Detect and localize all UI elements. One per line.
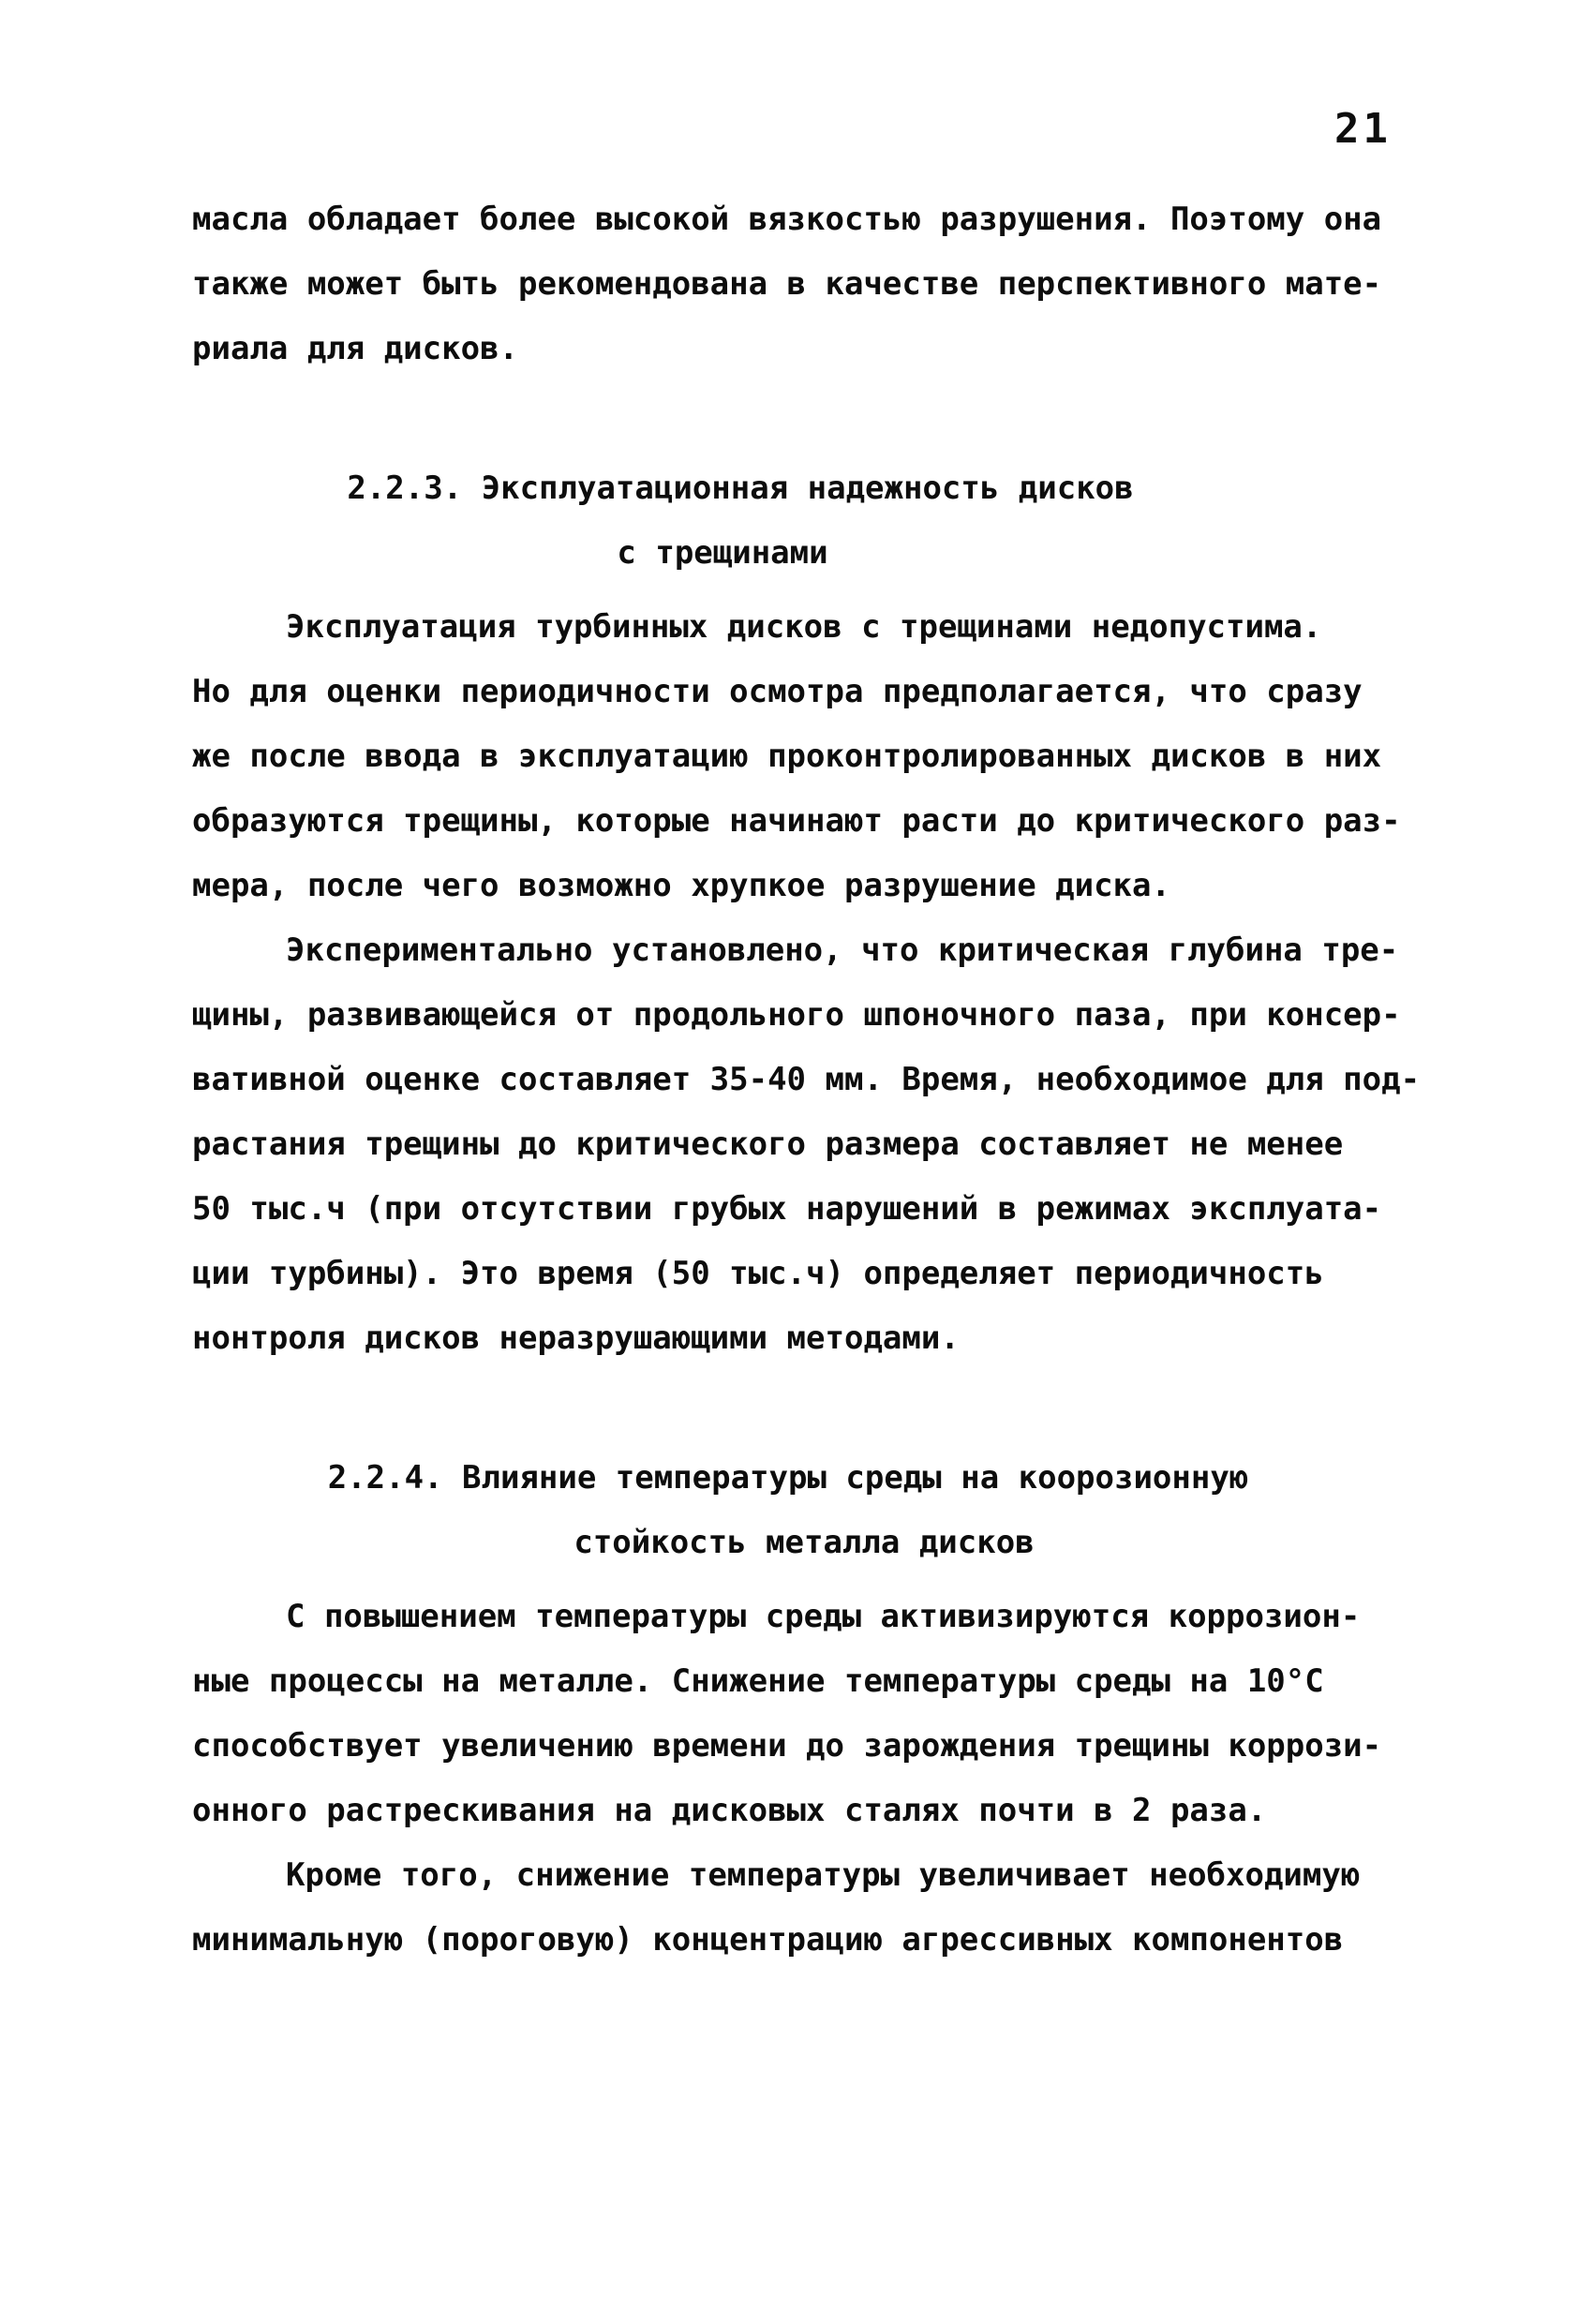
text-line: способствует увеличению времени до зарож…: [192, 1714, 1375, 1779]
text-line: щины, развивающейся от продольного шпоно…: [192, 983, 1375, 1048]
text-line: Но для оценки периодичности осмотра пред…: [192, 660, 1375, 724]
text-line: масла обладает более высокой вязкостью р…: [192, 187, 1375, 252]
text-line: вативной оценке составляет 35-40 мм. Вре…: [192, 1048, 1375, 1112]
text-line: ные процессы на металле. Снижение темпер…: [192, 1649, 1375, 1714]
text-line: нонтроля дисков неразрушающими методами.: [192, 1306, 1375, 1371]
text-line: ции турбины). Это время (50 тыс.ч) опред…: [192, 1242, 1375, 1306]
text-line: 50 тыс.ч (при отсутствии грубых нарушени…: [192, 1177, 1375, 1242]
page-number: 21: [1334, 109, 1392, 150]
text-line: С повышением температуры среды активизир…: [192, 1585, 1375, 1649]
document-body: масла обладает более высокой вязкостью р…: [192, 187, 1375, 1973]
section-heading: 2.2.4. Влияние температуры среды на коор…: [192, 1446, 1375, 1575]
section-heading: 2.2.3. Эксплуатационная надежность диско…: [192, 456, 1375, 586]
paragraph: Эксплуатация турбинных дисков с трещинам…: [192, 595, 1375, 1371]
text-line: с трещинами: [131, 521, 1314, 586]
text-line: мера, после чего возможно хрупкое разруш…: [192, 854, 1375, 918]
text-line: же после ввода в эксплуатацию проконтрол…: [192, 724, 1375, 789]
text-line: растания трещины до критического размера…: [192, 1112, 1375, 1177]
text-line: Экспериментально установлено, что критич…: [192, 918, 1375, 983]
text-line: 2.2.4. Влияние температуры среды на коор…: [197, 1446, 1379, 1511]
text-line: также может быть рекомендована в качеств…: [192, 252, 1375, 317]
text-line: минимальную (пороговую) концентрацию агр…: [192, 1908, 1375, 1973]
text-line: образуются трещины, которые начинают рас…: [192, 789, 1375, 854]
text-line: 2.2.3. Эксплуатационная надежность диско…: [149, 456, 1332, 521]
document-page: 21 масла обладает более высокой вязкость…: [0, 0, 1594, 2324]
text-line: Эксплуатация турбинных дисков с трещинам…: [192, 595, 1375, 660]
paragraph: масла обладает более высокой вязкостью р…: [192, 187, 1375, 381]
text-line: риала для дисков.: [192, 317, 1375, 381]
text-line: Кроме того, снижение температуры увеличи…: [192, 1843, 1375, 1908]
text-line: онного растрескивания на дисковых сталях…: [192, 1779, 1375, 1843]
text-line: стойкость металла дисков: [213, 1511, 1395, 1575]
paragraph: С повышением температуры среды активизир…: [192, 1585, 1375, 1973]
